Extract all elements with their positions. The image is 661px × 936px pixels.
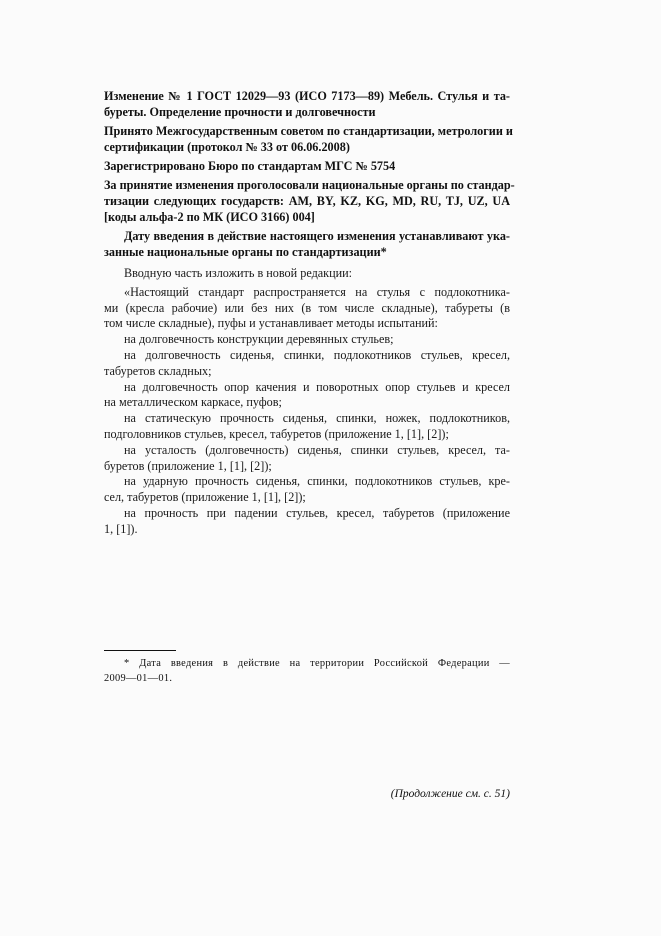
document-page: Изменение № 1 ГОСТ 12029—93 (ИСО 7173—89… — [104, 88, 510, 538]
text-line: 1, [1]). — [104, 522, 510, 538]
text-line: на ударную прочность сиденья, спинки, по… — [104, 474, 510, 490]
text-line: буретов (приложение 1, [1], [2]); — [104, 459, 510, 475]
text-line: занные национальные органы по стандартиз… — [104, 244, 510, 260]
list-item: на долговечность сиденья, спинки, подлок… — [104, 348, 510, 380]
text-line: Дату введения в действие настоящего изме… — [104, 228, 510, 244]
text-line: Принято Межгосударственным советом по ст… — [104, 123, 510, 139]
text-line: буреты. Определение прочности и долговеч… — [104, 104, 510, 120]
text-line: на долговечность опор качения и поворотн… — [104, 380, 510, 396]
text-line: на долговечность сиденья, спинки, подлок… — [104, 348, 510, 364]
list-item: на долговечность опор качения и поворотн… — [104, 380, 510, 412]
list-item: на прочность при падении стульев, кресел… — [104, 506, 510, 538]
text-line: на металлическом каркасе, пуфов; — [104, 395, 510, 411]
amendment-body: Вводную часть изложить в новой редакции:… — [104, 266, 510, 538]
text-line: тизации следующих государств: AM, BY, KZ… — [104, 193, 510, 209]
footnote-text: 2009—01—01. — [104, 672, 510, 687]
text-line: [коды альфа-2 по МК (ИСО 3166) 004] — [104, 209, 510, 225]
effective-date-note: Дату введения в действие настоящего изме… — [104, 228, 510, 260]
adopted-by: Принято Межгосударственным советом по ст… — [104, 123, 510, 155]
list-item: на долговечность конструкции деревянных … — [104, 332, 510, 348]
text-line: на прочность при падении стульев, кресел… — [104, 506, 510, 522]
intro-paragraph: Вводную часть изложить в новой редакции: — [104, 266, 510, 282]
text-line: подголовников стульев, кресел, табуретов… — [104, 427, 510, 443]
text-line: табуретов складных; — [104, 364, 510, 380]
text-line: на усталость (долговечность) сиденья, сп… — [104, 443, 510, 459]
text-line: Зарегистрировано Бюро по стандартам МГС … — [104, 158, 510, 174]
text-line: Вводную часть изложить в новой редакции: — [104, 266, 510, 282]
text-line: Изменение № 1 ГОСТ 12029—93 (ИСО 7173—89… — [104, 88, 510, 104]
list-item: на статическую прочность сиденья, спинки… — [104, 411, 510, 443]
footnote-divider — [104, 650, 176, 651]
text-line: ми (кресла рабочие) или без них (в том ч… — [104, 301, 510, 317]
list-item: на ударную прочность сиденья, спинки, по… — [104, 474, 510, 506]
text-line: на долговечность конструкции деревянных … — [104, 332, 510, 348]
amendment-title: Изменение № 1 ГОСТ 12029—93 (ИСО 7173—89… — [104, 88, 510, 120]
footnote: * Дата введения в действие на территории… — [104, 650, 510, 686]
text-line: том числе складные), пуфы и устанавливае… — [104, 316, 510, 332]
voting-note: За принятие изменения проголосовали наци… — [104, 177, 510, 225]
text-line: сел, табуретов (приложение 1, [1], [2]); — [104, 490, 510, 506]
text-line: За принятие изменения проголосовали наци… — [104, 177, 510, 193]
text-line: на статическую прочность сиденья, спинки… — [104, 411, 510, 427]
continuation-note: (Продолжение см. с. 51) — [370, 786, 510, 802]
scope-paragraph: «Настоящий стандарт распространяется на … — [104, 285, 510, 332]
text-line: «Настоящий стандарт распространяется на … — [104, 285, 510, 301]
footnote-text: * Дата введения в действие на территории… — [104, 657, 510, 672]
test-method-list: на долговечность конструкции деревянных … — [104, 332, 510, 537]
list-item: на усталость (долговечность) сиденья, сп… — [104, 443, 510, 475]
text-line: сертификации (протокол № 33 от 06.06.200… — [104, 139, 510, 155]
registration-note: Зарегистрировано Бюро по стандартам МГС … — [104, 158, 510, 174]
